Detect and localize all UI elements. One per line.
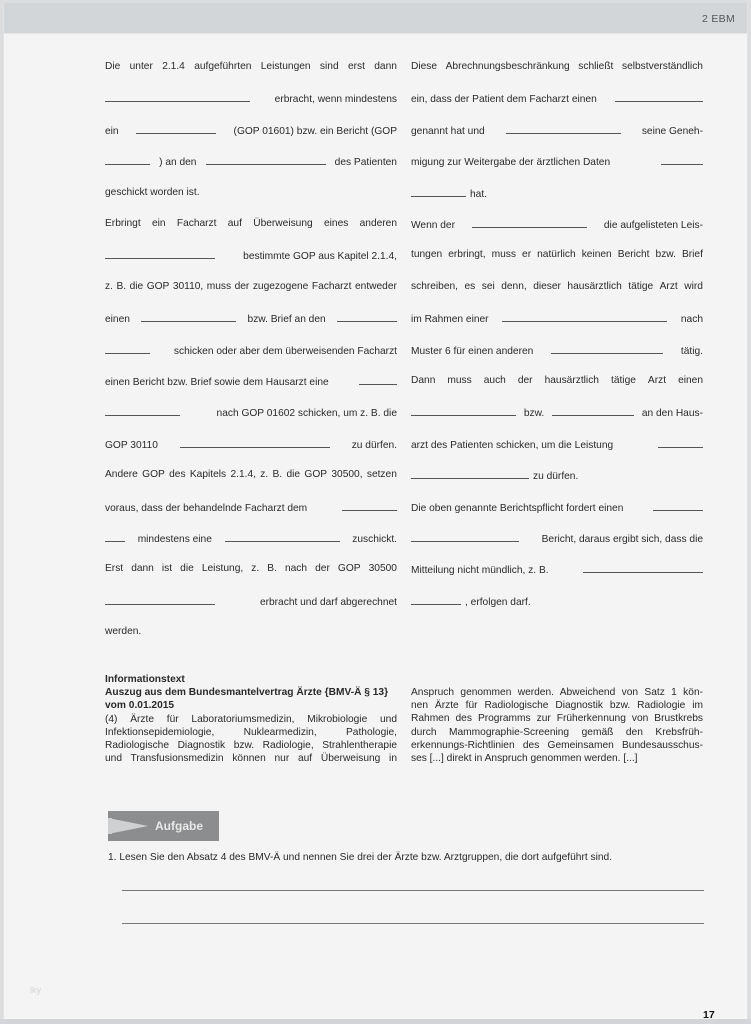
info-title: Auszug aus dem Bundesmantelvertrag Ärzte…: [105, 686, 397, 699]
word: Diese: [411, 61, 437, 72]
fill-in-blank[interactable]: [552, 406, 634, 416]
word: muss: [207, 281, 231, 292]
text-fragment: Muster 6 für einen anderen: [411, 346, 533, 357]
fill-in-blank[interactable]: [337, 312, 397, 322]
info-label: Informationstext: [105, 673, 397, 686]
fill-in-blank[interactable]: [342, 501, 397, 511]
word: einen: [678, 375, 703, 386]
text-fragment: die aufgelisteten Leis-: [604, 220, 703, 231]
text-line: zu dürfen.: [411, 469, 703, 483]
text-line: nach GOP 01602 schicken, um z. B. die: [105, 406, 397, 420]
word: dieser: [533, 281, 561, 292]
word: schreiben,: [411, 281, 458, 292]
word: Überweisung: [253, 218, 312, 229]
text-line: mindestens einezuschickt.: [105, 532, 397, 546]
text-fragment: migung zur Weitergabe der ärztlichen Dat…: [411, 157, 610, 168]
task-question: 1. Lesen Sie den Absatz 4 des BMV-Ä und …: [108, 852, 612, 863]
text-fragment: GOP 30110: [105, 440, 158, 451]
text-fragment: arzt des Patienten schicken, um die Leis…: [411, 440, 613, 451]
side-mark: lky: [30, 985, 41, 995]
fill-in-blank[interactable]: [359, 375, 397, 385]
text-line: voraus, dass der behandelnde Facharzt de…: [105, 501, 397, 515]
word: muss: [447, 375, 471, 386]
fill-in-blank[interactable]: [411, 406, 516, 416]
text-line: AndereGOPdesKapitels2.1.4,z.B.dieGOP3050…: [105, 469, 397, 483]
word: der: [235, 281, 250, 292]
word: dann: [131, 563, 154, 574]
text-line: DieseAbrechnungsbeschränkungschließtselb…: [411, 61, 703, 75]
text-fragment: Bericht, daraus ergibt sich, dass die: [542, 534, 703, 545]
text-line: ein(GOP 01601) bzw. ein Bericht (GOP: [105, 124, 397, 138]
word: es: [464, 281, 475, 292]
text-line: ) an dendes Patienten: [105, 155, 397, 169]
word: bzw.: [656, 249, 676, 260]
word: Erbringt: [105, 218, 141, 229]
word: ist: [162, 563, 172, 574]
word: 30500: [369, 563, 397, 574]
word: muss: [492, 249, 516, 260]
fill-in-blank[interactable]: [658, 438, 703, 448]
text-line: ein, dass der Patient dem Facharzt einen: [411, 92, 703, 106]
word: Leistungen: [261, 61, 311, 72]
fill-in-blank[interactable]: [180, 438, 330, 448]
word: der: [518, 375, 533, 386]
fill-in-blank[interactable]: [105, 595, 215, 605]
word: 2.1.4,: [230, 469, 256, 480]
word: Brief: [682, 249, 703, 260]
word: z.: [105, 281, 113, 292]
text-fragment: bzw. Brief an den: [248, 314, 326, 325]
word: z.: [251, 563, 259, 574]
fill-in-blank[interactable]: [105, 406, 180, 416]
text-line: schreiben,esseidenn,dieserhausärztlichtä…: [411, 281, 703, 295]
word: schließt: [578, 61, 613, 72]
info-line: nen Ärzte für Radiologische Diagnostik b…: [411, 699, 703, 712]
arrow-icon: [108, 818, 148, 834]
word: des: [169, 469, 185, 480]
text-fragment: genannt hat und: [411, 126, 485, 137]
word: die: [286, 469, 300, 480]
word: nach: [285, 563, 307, 574]
bottom-edge: [0, 1019, 751, 1024]
info-date: vom 0.01.2015: [105, 699, 397, 712]
text-fragment: mindestens eine: [138, 534, 212, 545]
word: hausärztlich: [567, 281, 621, 292]
word: GOP: [304, 469, 327, 480]
text-line: tungenerbringt,mussernatürlichkeinenBeri…: [411, 249, 703, 263]
word: setzen: [367, 469, 397, 480]
text-line: z.B.dieGOP30110,mussderzugezogeneFacharz…: [105, 281, 397, 295]
word: Abrechnungsbeschränkung: [446, 61, 570, 72]
word: der: [315, 563, 330, 574]
fill-in-blank[interactable]: [411, 595, 461, 605]
word: Dann: [411, 375, 435, 386]
fill-in-blank[interactable]: [105, 249, 215, 259]
word: 2.1.4: [162, 61, 185, 72]
word: auf: [228, 218, 242, 229]
fill-in-blank[interactable]: [661, 155, 703, 165]
info-line: Rahmen des Programms zur Früherkennung v…: [411, 712, 703, 725]
text-line: , erfolgen darf.: [411, 595, 703, 609]
word: zugezogene: [253, 281, 309, 292]
word: die: [180, 563, 194, 574]
fill-in-blank[interactable]: [615, 92, 703, 102]
word: Andere: [105, 469, 138, 480]
word: wird: [684, 281, 703, 292]
text-line: Die oben genannte Berichtspflicht forder…: [411, 501, 703, 515]
text-fragment: , erfolgen darf.: [465, 597, 531, 608]
task-badge: Aufgabe: [108, 811, 219, 841]
text-line: werden.: [105, 626, 397, 640]
text-fragment: erbracht und darf abgerechnet: [260, 597, 397, 608]
word: GOP: [142, 469, 165, 480]
text-fragment: bestimmte GOP aus Kapitel 2.1.4,: [243, 251, 397, 262]
word: Bericht: [618, 249, 650, 260]
answer-line[interactable]: [122, 923, 704, 924]
word: Facharzt: [177, 218, 217, 229]
text-fragment: bzw.: [524, 408, 544, 419]
text-line: im Rahmen einernach: [411, 312, 703, 326]
word: er: [522, 249, 531, 260]
word: GOP: [338, 563, 361, 574]
fill-in-blank[interactable]: [472, 218, 587, 228]
word: keinen: [582, 249, 612, 260]
fill-in-blank[interactable]: [551, 344, 663, 354]
text-fragment: (GOP 01601) bzw. ein Bericht (GOP: [234, 126, 397, 137]
fill-in-blank[interactable]: [225, 532, 340, 542]
info-line: Infektionsepidemiologie, Nuklearmedizin,…: [105, 726, 397, 739]
word: tungen: [411, 249, 442, 260]
info-line: erkennungs-Richtlinien des Gemeinsamen B…: [411, 739, 703, 752]
text-fragment: einen: [105, 314, 130, 325]
text-fragment: schicken oder aber dem überweisenden Fac…: [174, 346, 397, 357]
word: die: [130, 281, 144, 292]
word: GOP: [147, 281, 170, 292]
info-line: ses [...] direkt in Anspruch genommen we…: [411, 752, 703, 765]
word: tätige: [628, 281, 653, 292]
word: aufgeführten: [194, 61, 251, 72]
text-line: Wenn derdie aufgelisteten Leis-: [411, 218, 703, 232]
word: Erst: [105, 563, 123, 574]
section-label: 2 EBM: [702, 13, 735, 25]
text-fragment: nach GOP 01602 schicken, um z. B. die: [217, 408, 397, 419]
text-line: arzt des Patienten schicken, um die Leis…: [411, 438, 703, 452]
text-line: Mitteilung nicht mündlich, z. B.: [411, 563, 703, 577]
answer-line[interactable]: [122, 890, 704, 891]
word: Kapitels: [190, 469, 226, 480]
word: sind: [320, 61, 339, 72]
text-line: erbracht, wenn mindestens: [105, 92, 397, 106]
word: Arzt: [648, 375, 666, 386]
info-line: und Transfusionsmedizin können nur auf Ü…: [105, 752, 397, 765]
word: ein: [152, 218, 166, 229]
word: hausärztlich: [545, 375, 599, 386]
text-line: genannt hat undseine Geneh-: [411, 124, 703, 138]
text-fragment: ein, dass der Patient dem Facharzt einen: [411, 94, 597, 105]
info-line: (4) Ärzte für Laboratoriumsmedizin, Mikr…: [105, 713, 397, 726]
text-fragment: geschickt worden ist.: [105, 187, 200, 198]
word: B.: [267, 563, 277, 574]
word: selbstverständlich: [622, 61, 703, 72]
word: 30500,: [331, 469, 362, 480]
word: tätige: [611, 375, 636, 386]
text-fragment: Die oben genannte Berichtspflicht forder…: [411, 503, 623, 514]
word: entweder: [355, 281, 397, 292]
text-line: Muster 6 für einen anderentätig.: [411, 344, 703, 358]
text-fragment: nach: [681, 314, 703, 325]
text-fragment: an den Haus-: [642, 408, 703, 419]
page-header: 2 EBM: [4, 3, 747, 34]
word: eines: [324, 218, 348, 229]
text-fragment: ) an den: [159, 157, 196, 168]
fill-in-blank[interactable]: [206, 155, 326, 165]
text-line: migung zur Weitergabe der ärztlichen Dat…: [411, 155, 703, 169]
text-line: ErstdannistdieLeistung,z.B.nachderGOP305…: [105, 563, 397, 577]
task-badge-label: Aufgabe: [155, 819, 203, 833]
text-line: geschickt worden ist.: [105, 187, 397, 201]
text-fragment: des Patienten: [335, 157, 397, 168]
word: dann: [374, 61, 397, 72]
word: anderen: [360, 218, 397, 229]
word: sei: [482, 281, 495, 292]
text-fragment: zuschickt.: [352, 534, 397, 545]
fill-in-blank[interactable]: [583, 563, 703, 573]
fill-in-blank[interactable]: [411, 469, 529, 479]
text-fragment: seine Geneh-: [642, 126, 703, 137]
fill-in-blank[interactable]: [411, 532, 519, 542]
info-text-left: Informationstext Auszug aus dem Bundesma…: [105, 673, 397, 765]
text-fragment: zu dürfen.: [352, 440, 397, 451]
fill-in-blank[interactable]: [411, 187, 466, 197]
word: erst: [348, 61, 365, 72]
text-line: GOP 30110zu dürfen.: [105, 438, 397, 452]
word: unter: [130, 61, 153, 72]
fill-in-blank[interactable]: [141, 312, 236, 322]
text-fragment: Mitteilung nicht mündlich, z. B.: [411, 565, 549, 576]
text-line: bestimmte GOP aus Kapitel 2.1.4,: [105, 249, 397, 263]
text-fragment: im Rahmen einer: [411, 314, 489, 325]
fill-in-blank[interactable]: [506, 124, 621, 134]
text-fragment: werden.: [105, 626, 141, 637]
text-line: schicken oder aber dem überweisenden Fac…: [105, 344, 397, 358]
info-text-right: Anspruch genommen werden. Abweichend von…: [411, 686, 703, 765]
text-fragment: erbracht, wenn mindestens: [275, 94, 397, 105]
text-line: erbracht und darf abgerechnet: [105, 595, 397, 609]
text-line: DannmussauchderhausärztlichtätigeArztein…: [411, 375, 703, 389]
fill-in-blank[interactable]: [105, 344, 150, 354]
fill-in-blank[interactable]: [105, 155, 150, 165]
word: Leistung,: [202, 563, 243, 574]
word: erbringt,: [448, 249, 485, 260]
word: auch: [484, 375, 506, 386]
fill-in-blank[interactable]: [136, 124, 216, 134]
text-fragment: voraus, dass der behandelnde Facharzt de…: [105, 503, 307, 514]
word: Facharzt: [312, 281, 352, 292]
text-line: hat.: [411, 187, 703, 201]
word: B.: [116, 281, 126, 292]
fill-in-blank[interactable]: [653, 501, 703, 511]
fill-in-blank[interactable]: [502, 312, 667, 322]
word: natürlich: [537, 249, 576, 260]
text-fragment: hat.: [470, 189, 487, 200]
text-fragment: tätig.: [681, 346, 703, 357]
word: 30110,: [173, 281, 203, 292]
text-line: Bericht, daraus ergibt sich, dass die: [411, 532, 703, 546]
word: B.: [273, 469, 283, 480]
text-fragment: ein: [105, 126, 119, 137]
word: Arzt: [660, 281, 678, 292]
fill-in-blank[interactable]: [105, 532, 125, 542]
word: denn,: [501, 281, 527, 292]
info-line: Radiologische Diagnostik bzw. Radiologie…: [105, 739, 397, 752]
text-fragment: einen Bericht bzw. Brief sowie dem Hausa…: [105, 377, 329, 388]
word: z.: [260, 469, 268, 480]
text-line: ErbringteinFacharztaufÜberweisungeinesan…: [105, 218, 397, 232]
word: Die: [105, 61, 120, 72]
text-fragment: zu dürfen.: [533, 471, 578, 482]
text-line: einenbzw. Brief an den: [105, 312, 397, 326]
info-line: Anspruch genommen werden. Abweichend von…: [411, 686, 703, 699]
info-line: durch Mammographie-Screening gemäß den K…: [411, 726, 703, 739]
text-line: Dieunter2.1.4aufgeführtenLeistungensinde…: [105, 61, 397, 75]
text-line: einen Bericht bzw. Brief sowie dem Hausa…: [105, 375, 397, 389]
text-line: bzw.an den Haus-: [411, 406, 703, 420]
fill-in-blank[interactable]: [105, 92, 250, 102]
text-fragment: Wenn der: [411, 220, 455, 231]
